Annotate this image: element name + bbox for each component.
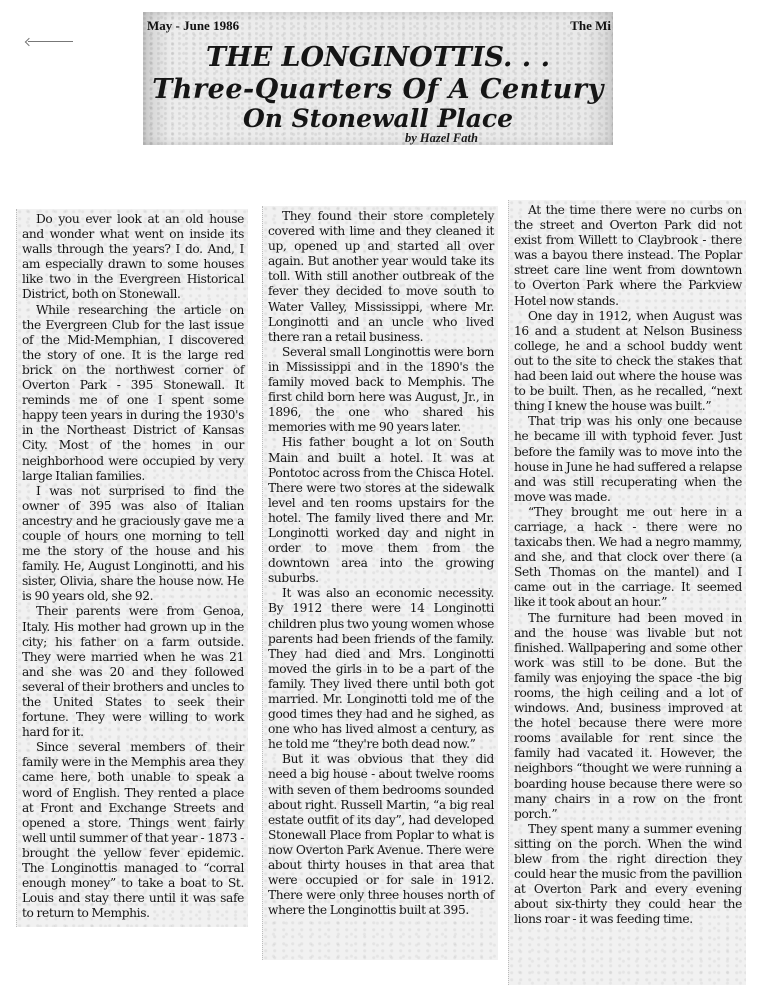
paragraph: Do you ever look at an old house and won… bbox=[22, 212, 244, 303]
article-column-2: They found their store completely covere… bbox=[262, 206, 498, 960]
paragraph: They spent many a summer evening sitting… bbox=[514, 822, 742, 928]
headline-subtitle-1: Three-Quarters Of A Century bbox=[143, 74, 613, 105]
paragraph: “They brought me out here in a carriage,… bbox=[514, 505, 742, 611]
paragraph: At the time there were no curbs on the s… bbox=[514, 203, 742, 309]
paragraph: The furniture had been moved in and the … bbox=[514, 611, 742, 822]
paragraph: While researching the article on the Eve… bbox=[22, 303, 244, 484]
article-column-3: At the time there were no curbs on the s… bbox=[508, 200, 746, 985]
paragraph: But it was obvious that they did need a … bbox=[268, 752, 494, 918]
headline-subtitle-2: On Stonewall Place bbox=[143, 104, 613, 133]
magazine-name: The Mi bbox=[570, 18, 611, 34]
paragraph: Since several members of their family we… bbox=[22, 740, 244, 921]
paragraph: His father bought a lot on South Main an… bbox=[268, 435, 494, 586]
byline: by Hazel Fath bbox=[405, 131, 478, 146]
paragraph: One day in 1912, when August was 16 and … bbox=[514, 309, 742, 415]
margin-arrow-mark bbox=[28, 41, 73, 42]
paragraph: They found their store completely covere… bbox=[268, 209, 494, 345]
paragraph: That trip was his only one because he be… bbox=[514, 414, 742, 505]
headline-clipping: May - June 1986 The Mi THE LONGINOTTIS. … bbox=[143, 12, 613, 145]
issue-date: May - June 1986 bbox=[147, 18, 239, 34]
paragraph: I was not surprised to find the owner of… bbox=[22, 484, 244, 605]
paragraph: Their parents were from Genoa, Italy. Hi… bbox=[22, 604, 244, 740]
paragraph: It was also an economic necessity. By 19… bbox=[268, 586, 494, 752]
headline-title: THE LONGINOTTIS. . . bbox=[143, 42, 613, 73]
article-column-1: Do you ever look at an old house and won… bbox=[16, 209, 248, 927]
paragraph: Several small Longinottis were born in M… bbox=[268, 345, 494, 436]
